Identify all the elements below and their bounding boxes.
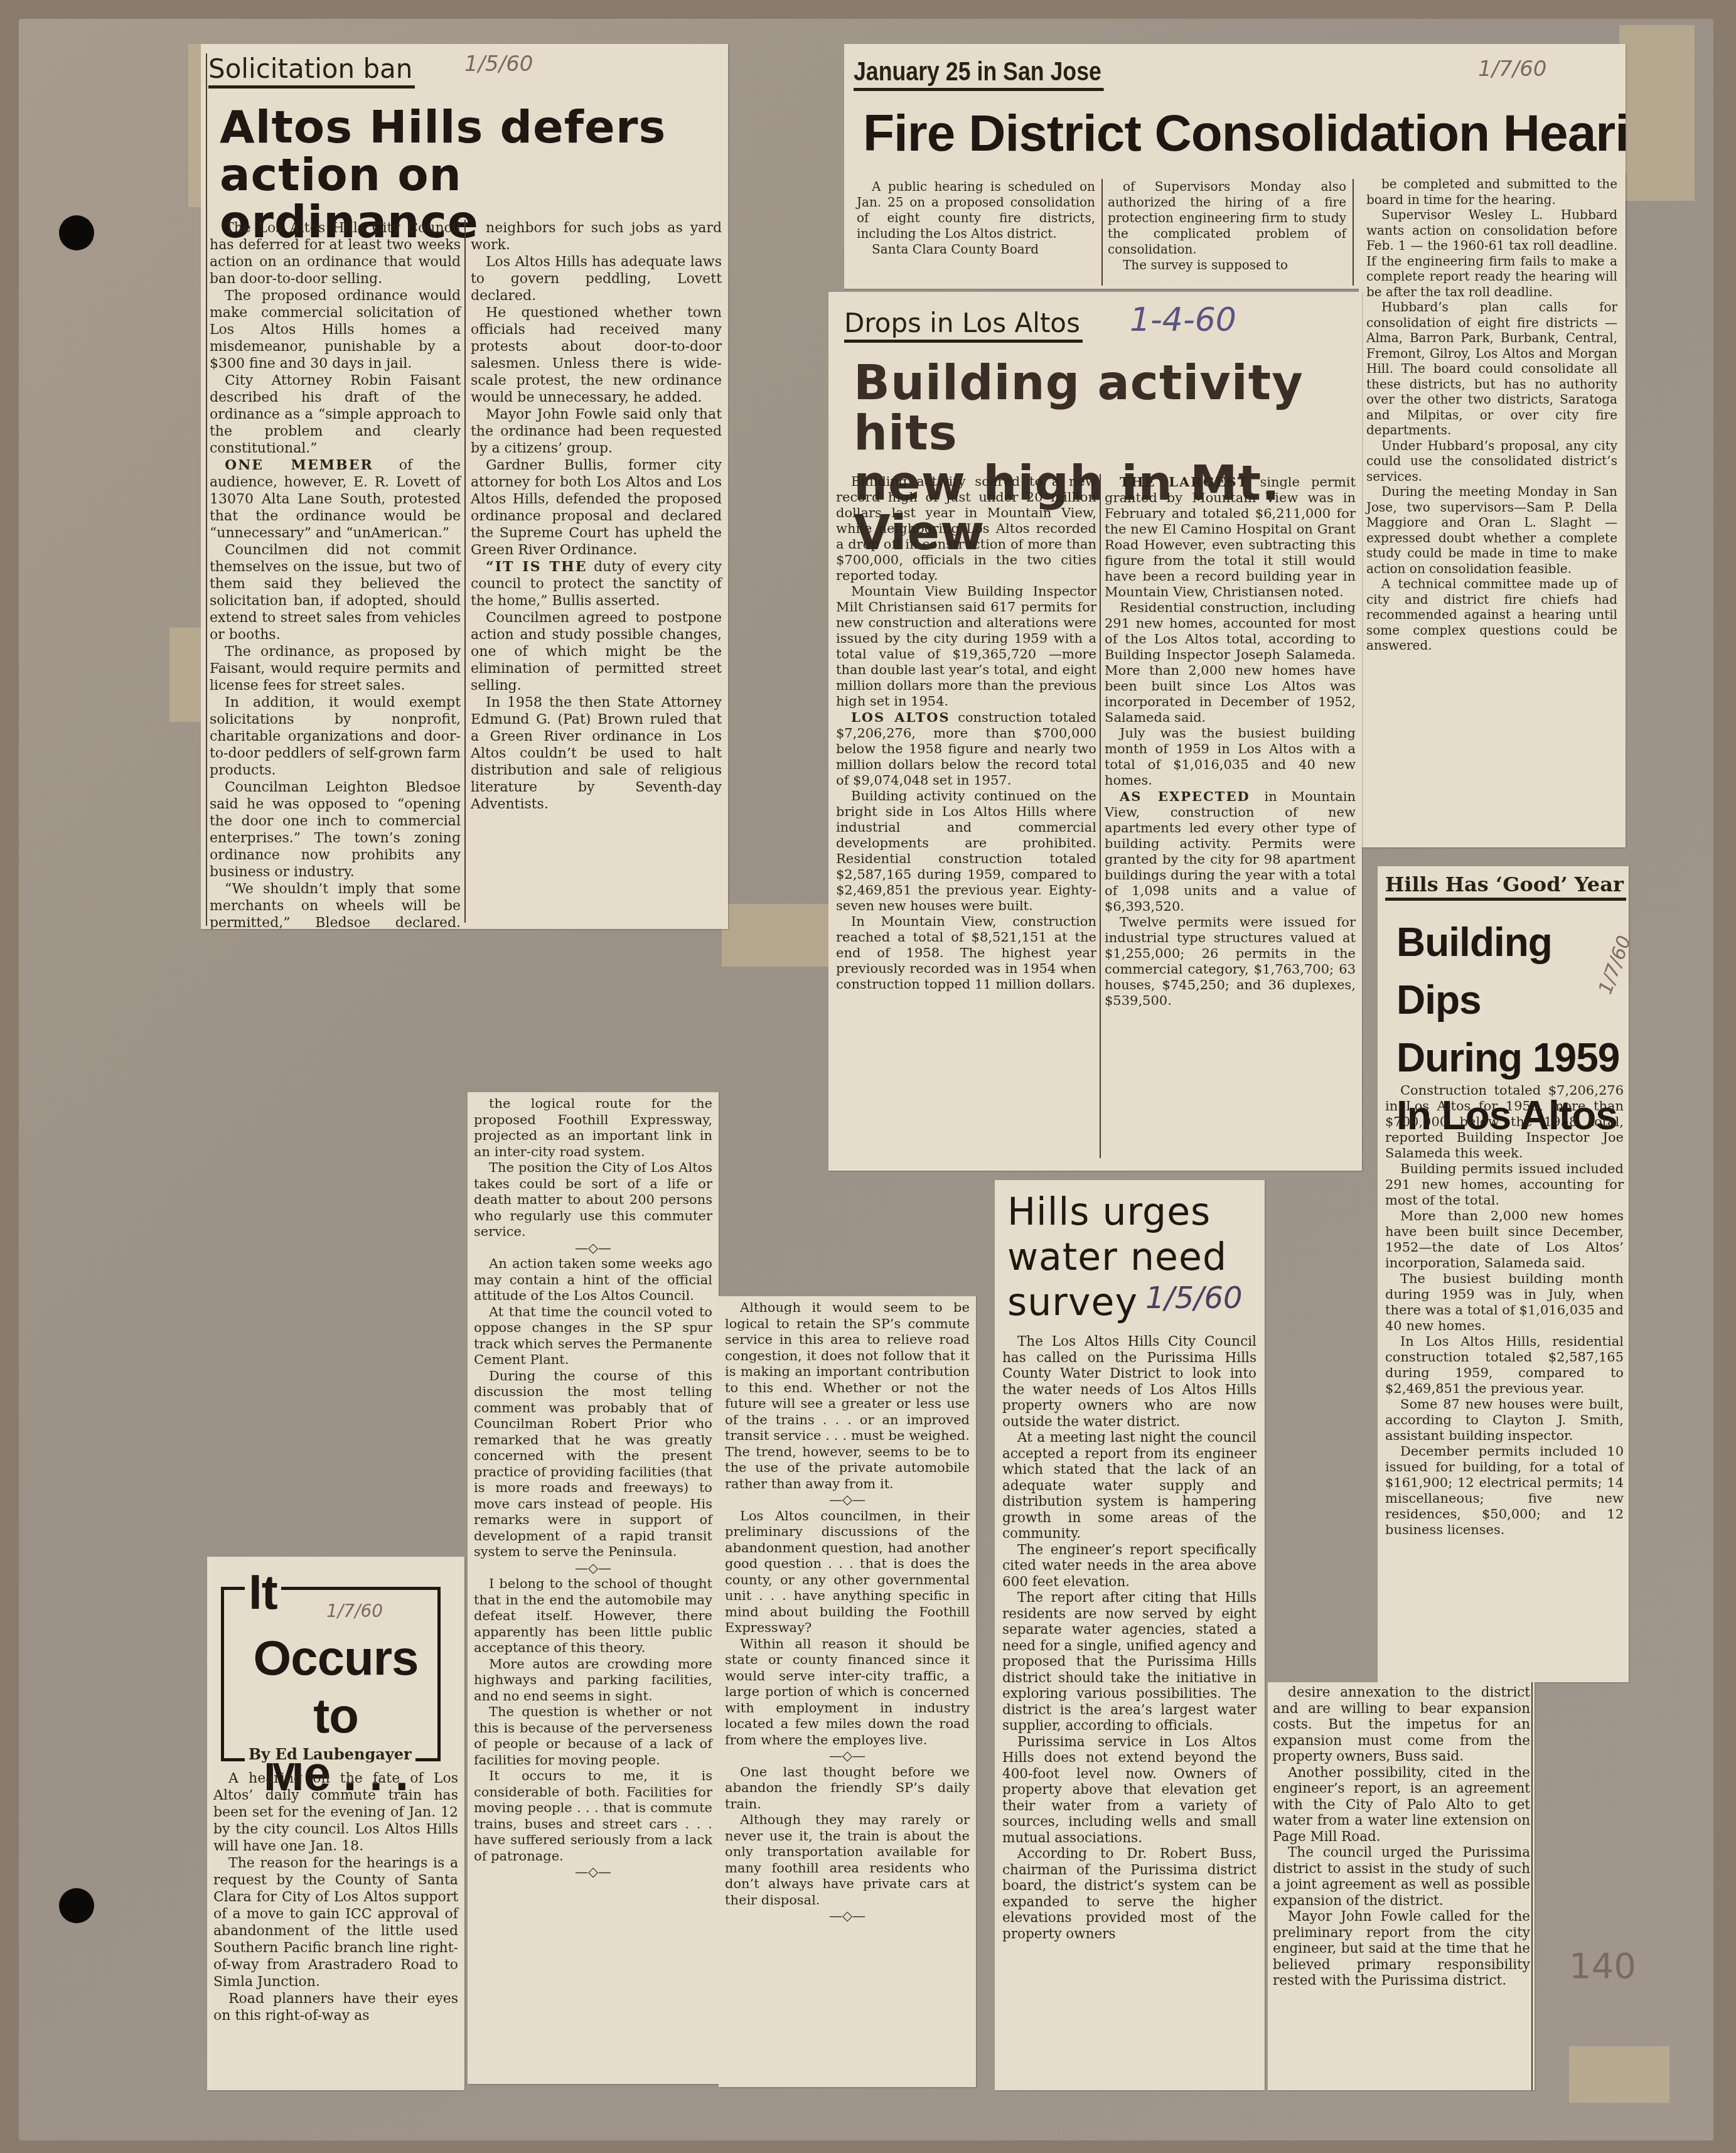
article-paragraph: The busiest building month during 1959 w… bbox=[1385, 1271, 1624, 1334]
article-paragraph: Mountain View Building Inspector Milt Ch… bbox=[836, 584, 1096, 709]
article-column: of Supervisors Monday also authorized th… bbox=[1108, 179, 1346, 273]
article-paragraph: In 1958 the then State Attorney Edmund G… bbox=[471, 694, 722, 813]
headline-line: During 1959 bbox=[1396, 1029, 1629, 1087]
headline-line: Occurs to bbox=[242, 1629, 430, 1744]
article-paragraph: A technical committee made up of city an… bbox=[1366, 576, 1617, 653]
article-paragraph: July was the busiest building month of 1… bbox=[1105, 726, 1356, 788]
article-paragraph: Councilmen agreed to postpone action and… bbox=[471, 609, 722, 694]
column-rule bbox=[464, 220, 466, 923]
binder-hole-top bbox=[59, 215, 94, 250]
article-paragraph: The engineer’s report specifically cited… bbox=[1002, 1542, 1256, 1591]
article-paragraph: The report after citing that Hills resid… bbox=[1002, 1590, 1256, 1734]
article-paragraph: Some 87 new houses were built, according… bbox=[1385, 1397, 1624, 1444]
article-paragraph: The reason for the hearings is a request… bbox=[213, 1855, 458, 1990]
article-paragraph: The council urged the Purissima district… bbox=[1273, 1845, 1530, 1909]
article-paragraph: Supervisor Wesley L. Hubbard wants actio… bbox=[1366, 207, 1617, 299]
tape-strip bbox=[1569, 2046, 1669, 2103]
article-paragraph: The Los Altos Hills City Council has cal… bbox=[1002, 1334, 1256, 1430]
article-paragraph: of Supervisors Monday also authorized th… bbox=[1108, 179, 1346, 257]
article-paragraph: —◇— bbox=[725, 1748, 970, 1764]
article-paragraph: More than 2,000 new homes have been buil… bbox=[1385, 1208, 1624, 1271]
tape-strip bbox=[1619, 25, 1695, 201]
handwritten-date: 1-4-60 bbox=[1130, 301, 1236, 339]
article-paragraph: In Los Altos Hills, residential construc… bbox=[1385, 1334, 1624, 1397]
article-paragraph: December permits included 10 issued for … bbox=[1385, 1444, 1624, 1538]
article-paragraph: Gardner Bullis, former city attorney for… bbox=[471, 457, 722, 559]
article-column: the logical route for the proposed Footh… bbox=[474, 1096, 712, 1881]
article-column: The Los Altos Hills City Council has def… bbox=[210, 220, 461, 929]
clipping-building-dips: Hills Has ‘Good’ Year 1/7/60 Building Di… bbox=[1378, 866, 1629, 1682]
article-paragraph: Road planners have their eyes on this ri… bbox=[213, 1990, 458, 2024]
article-column: The Los Altos Hills City Council has cal… bbox=[1002, 1334, 1256, 1942]
clipping-building-activity: Drops in Los Altos 1-4-60 Building activ… bbox=[828, 292, 1362, 1171]
article-paragraph: Although it would seem to be logical to … bbox=[725, 1300, 970, 1492]
article-paragraph: Twelve permits were issued for industria… bbox=[1105, 915, 1356, 1009]
kicker: Drops in Los Altos bbox=[844, 308, 1083, 343]
article-paragraph: At a meeting last night the council acce… bbox=[1002, 1430, 1256, 1542]
headline-line: water need bbox=[1007, 1235, 1227, 1280]
article-paragraph: be completed and submitted to the board … bbox=[1366, 176, 1617, 207]
handwritten-date: 1/7/60 bbox=[326, 1601, 383, 1621]
article-paragraph: desire annexation to the district and ar… bbox=[1273, 1685, 1530, 1765]
headline-line: Building Dips bbox=[1396, 913, 1629, 1029]
article-paragraph: In addition, it would exempt solicitatio… bbox=[210, 694, 461, 779]
article-paragraph: —◇— bbox=[725, 1908, 970, 1925]
article-paragraph: The ordinance, as proposed by Faisant, w… bbox=[210, 643, 461, 694]
article-paragraph: LOS ALTOS construction totaled $7,206,27… bbox=[836, 709, 1096, 788]
byline: By Ed Laubengayer bbox=[245, 1745, 415, 1763]
article-paragraph: The proposed ordinance would make commer… bbox=[210, 287, 461, 372]
article-paragraph: THE LARGEST single permit granted by Mou… bbox=[1105, 474, 1356, 600]
binder-hole-bottom bbox=[59, 1888, 94, 1923]
headline: Fire District Consolidation Hearing Set bbox=[863, 107, 1626, 161]
article-paragraph: Building activity soared to a new record… bbox=[836, 474, 1096, 584]
article-paragraph: Residential construction, including 291 … bbox=[1105, 600, 1356, 726]
article-paragraph: At that time the council voted to oppose… bbox=[474, 1304, 712, 1368]
article-paragraph: One last thought before we abandon the f… bbox=[725, 1764, 970, 1813]
article-paragraph: I belong to the school of thought that i… bbox=[474, 1576, 712, 1656]
column-rule bbox=[1353, 179, 1354, 286]
article-paragraph: Under Hubbard’s proposal, any city could… bbox=[1366, 438, 1617, 485]
article-paragraph: “We shouldn’t imply that some merchants … bbox=[210, 881, 461, 929]
column-rule bbox=[1531, 1682, 1533, 2090]
article-paragraph: Building permits issued included 291 new… bbox=[1385, 1161, 1624, 1208]
article-paragraph: During the course of this discussion the… bbox=[474, 1368, 712, 1560]
article-paragraph: More autos are crowding more highways an… bbox=[474, 1656, 712, 1705]
article-paragraph: Building activity continued on the brigh… bbox=[836, 788, 1096, 914]
article-column: THE LARGEST single permit granted by Mou… bbox=[1105, 474, 1356, 1009]
article-paragraph: In Mountain View, construction reached a… bbox=[836, 914, 1096, 992]
article-column: desire annexation to the district and ar… bbox=[1273, 1685, 1530, 1989]
article-paragraph: Hubbard’s plan calls for consolidation o… bbox=[1366, 299, 1617, 438]
clipping-it-occurs-continued-2: Although it would seem to be logical to … bbox=[719, 1296, 976, 2087]
article-paragraph: Santa Clara County Board bbox=[857, 242, 1095, 257]
article-paragraph: neighbors for such jobs as yard work. bbox=[471, 220, 722, 254]
article-paragraph: Construction totaled $7,206,276 in Los A… bbox=[1385, 1083, 1624, 1161]
article-column: A hearing on the fate of Los Altos’ dail… bbox=[213, 1770, 458, 2024]
article-column: Building activity soared to a new record… bbox=[836, 474, 1096, 992]
article-paragraph: He questioned whether town officials had… bbox=[471, 304, 722, 406]
article-paragraph: Los Altos Hills has adequate laws to gov… bbox=[471, 254, 722, 304]
article-paragraph: “IT IS THE duty of every city council to… bbox=[471, 559, 722, 609]
headline-line: Altos Hills defers bbox=[220, 104, 728, 151]
article-paragraph: —◇— bbox=[474, 1864, 712, 1881]
article-paragraph: It occurs to me, it is considerable of b… bbox=[474, 1768, 712, 1864]
headline-line: Building activity hits bbox=[854, 358, 1362, 458]
article-paragraph: According to Dr. Robert Buss, chairman o… bbox=[1002, 1846, 1256, 1942]
article-column: A public hearing is scheduled on Jan. 25… bbox=[857, 179, 1095, 257]
column-rule bbox=[206, 53, 207, 926]
page-number-note: 140 bbox=[1569, 1946, 1636, 1987]
clipping-fire-district-continued: be completed and submitted to the board … bbox=[1359, 173, 1626, 847]
article-column: Construction totaled $7,206,276 in Los A… bbox=[1385, 1083, 1624, 1538]
article-paragraph: —◇— bbox=[725, 1492, 970, 1508]
article-paragraph: During the meeting Monday in San Jose, t… bbox=[1366, 484, 1617, 576]
clipping-it-occurs-continued-1: the logical route for the proposed Footh… bbox=[468, 1092, 719, 2084]
headline-line: Hills urges bbox=[1007, 1189, 1227, 1235]
article-paragraph: Councilmen did not commit themselves on … bbox=[210, 542, 461, 643]
article-paragraph: The Los Altos Hills City Council has def… bbox=[210, 220, 461, 287]
article-column: be completed and submitted to the board … bbox=[1366, 176, 1617, 653]
clipping-solicitation-ban: Solicitation ban 1/5/60 Altos Hills defe… bbox=[201, 44, 728, 929]
article-paragraph: The survey is supposed to bbox=[1108, 257, 1346, 273]
headline-line: It bbox=[245, 1563, 281, 1621]
clipping-water-survey: Hills urges water need survey 1/5/60 The… bbox=[995, 1180, 1265, 2090]
handwritten-date: 1/7/60 bbox=[1478, 56, 1546, 82]
kicker: Solicitation ban bbox=[208, 53, 415, 89]
article-paragraph: Councilman Leighton Bledsoe said he was … bbox=[210, 779, 461, 881]
article-paragraph: City Attorney Robin Faisant described hi… bbox=[210, 372, 461, 457]
column-rule bbox=[1101, 179, 1103, 286]
article-paragraph: —◇— bbox=[474, 1240, 712, 1257]
article-paragraph: Mayor John Fowle said only that the ordi… bbox=[471, 406, 722, 457]
article-paragraph: The position the City of Los Altos takes… bbox=[474, 1160, 712, 1240]
article-paragraph: Another possibility, cited in the engine… bbox=[1273, 1765, 1530, 1845]
article-column: neighbors for such jobs as yard work.Los… bbox=[471, 220, 722, 813]
article-paragraph: An action taken some weeks ago may conta… bbox=[474, 1256, 712, 1304]
article-paragraph: ONE MEMBER of the audience, however, E. … bbox=[210, 457, 461, 542]
article-paragraph: Purissima service in Los Altos Hills doe… bbox=[1002, 1734, 1256, 1847]
article-paragraph: A public hearing is scheduled on Jan. 25… bbox=[857, 179, 1095, 242]
kicker: Hills Has ‘Good’ Year bbox=[1385, 872, 1626, 901]
article-paragraph: Mayor John Fowle called for the prelimin… bbox=[1273, 1909, 1530, 1989]
article-paragraph: A hearing on the fate of Los Altos’ dail… bbox=[213, 1770, 458, 1855]
article-paragraph: Within all reason it should be state or … bbox=[725, 1636, 970, 1749]
article-paragraph: Los Altos councilmen, in their prelimina… bbox=[725, 1508, 970, 1636]
article-column: Although it would seem to be logical to … bbox=[725, 1300, 970, 1925]
kicker: January 25 in San Jose bbox=[854, 56, 1103, 91]
handwritten-date: 1/5/60 bbox=[464, 51, 533, 77]
article-paragraph: The question is whether or not this is b… bbox=[474, 1704, 712, 1768]
article-paragraph: AS EXPECTED in Mountain View, constructi… bbox=[1105, 788, 1356, 915]
article-paragraph: the logical route for the proposed Footh… bbox=[474, 1096, 712, 1160]
clipping-water-survey-continued: desire annexation to the district and ar… bbox=[1268, 1682, 1535, 2090]
column-rule bbox=[1100, 474, 1101, 1158]
article-paragraph: Although they may rarely or never use it… bbox=[725, 1812, 970, 1908]
article-paragraph: —◇— bbox=[474, 1560, 712, 1577]
handwritten-date: 1/5/60 bbox=[1145, 1281, 1243, 1316]
clipping-it-occurs-to-me: It Occurs to Me . . . 1/7/60 By Ed Laube… bbox=[207, 1557, 464, 2090]
